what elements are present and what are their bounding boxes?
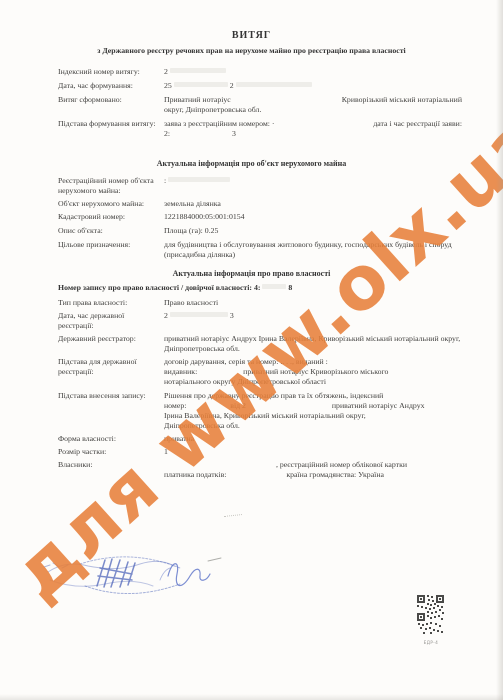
meta-row-issuer: Витяг сформовано: Приватний нотаріус Кри… bbox=[0, 95, 503, 115]
reg-date-value: 2 bbox=[164, 311, 168, 320]
signature bbox=[160, 564, 210, 586]
meta-row-basis: Підстава формування витягу: заява з реєс… bbox=[0, 119, 503, 139]
redaction bbox=[168, 177, 230, 182]
scan-edge-right bbox=[496, 0, 503, 700]
row-registrar: Державний реєстратор: приватний нотаріус… bbox=[0, 334, 503, 354]
row-cadastral: Кадастровий номер: 1221884000:05:001:015… bbox=[0, 212, 503, 222]
index-value: 2 bbox=[164, 67, 168, 76]
redaction bbox=[170, 312, 228, 317]
field-label: Індексний номер витягу: bbox=[58, 67, 164, 77]
record-label: Номер запису про право власності / довір… bbox=[58, 283, 252, 292]
field-label: Опис об'єкта: bbox=[58, 226, 164, 236]
row-reg-number: Реєстраційний номер об'єкта нерухомого м… bbox=[0, 176, 503, 196]
scan-edge-bottom bbox=[0, 694, 503, 700]
share-size-value: 1 bbox=[164, 447, 462, 457]
redaction bbox=[262, 284, 286, 289]
field-value: 2 bbox=[164, 67, 462, 77]
redaction bbox=[174, 82, 228, 87]
application-number-label: заява з реєстраційним номером: · bbox=[164, 119, 275, 129]
formed-date: 25 bbox=[164, 81, 172, 90]
reg-number-value: : bbox=[164, 176, 166, 185]
basis-line2: приватний нотаріус Криворізького міськог… bbox=[243, 367, 388, 376]
field-label: Дата, час державної реєстрації: bbox=[58, 311, 164, 331]
field-label: Підстава внесення запису: bbox=[58, 391, 164, 431]
field-label: Реєстраційний номер об'єкта нерухомого м… bbox=[58, 176, 164, 196]
meta-row-index: Індексний номер витягу: 2 bbox=[0, 67, 503, 77]
entry-line3: Ірина Валеріївна, Криворізький міський н… bbox=[164, 411, 462, 421]
field-value: заява з реєстраційним номером: · дата і … bbox=[164, 119, 462, 139]
row-share-size: Розмір частки: 1 bbox=[0, 447, 503, 457]
notary-stamp bbox=[40, 550, 230, 605]
row-reg-basis: Підстава для державної реєстрації: догов… bbox=[0, 357, 503, 387]
registrar-value: приватний нотаріус Андрух Ірина Валеріїв… bbox=[164, 334, 462, 354]
field-label: Тип права власності: bbox=[58, 298, 164, 308]
row-reg-date: Дата, час державної реєстрації: 2 3 bbox=[0, 311, 503, 331]
issuer-region: округ, Дніпропетровська обл. bbox=[164, 105, 462, 115]
area-value: Площа (га): 0.25 bbox=[164, 226, 462, 236]
row-right-type: Тип права власності: Право власності bbox=[0, 298, 503, 308]
field-value: Приватний нотаріус Криворізький міський … bbox=[164, 95, 462, 115]
field-label: Форма власності: bbox=[58, 434, 164, 444]
field-label: Державний реєстратор: bbox=[58, 334, 164, 354]
entry-number-label: номер: bbox=[164, 401, 186, 410]
record-value-1: 4: bbox=[254, 283, 261, 292]
application-number-2: 3 bbox=[232, 129, 236, 138]
row-object-type: Об'єкт нерухомого майна: земельна ділянк… bbox=[0, 199, 503, 209]
redaction bbox=[236, 82, 312, 87]
issuer-district: Криворізький міський нотаріальний bbox=[342, 95, 462, 105]
owners-line1: , реєстраційний номер облікової картки bbox=[164, 460, 462, 470]
field-value: договір дарування, серія та номер: .. . … bbox=[164, 357, 462, 387]
reg-time-value: 3 bbox=[230, 311, 234, 320]
row-owners: Власники: , реєстраційний номер обліково… bbox=[0, 460, 503, 480]
qr-code bbox=[417, 595, 444, 635]
entry-line1: Рішення про державну реєстрацію прав та … bbox=[164, 391, 462, 401]
entry-notary: приватний нотаріус Андрух bbox=[332, 401, 425, 410]
page-title: ВИТЯГ bbox=[0, 30, 503, 41]
field-label: Кадастровий номер: bbox=[58, 212, 164, 222]
row-ownership-form: Форма власності: приватна bbox=[0, 434, 503, 444]
citizenship-value: країна громадянства: Україна bbox=[286, 470, 384, 479]
object-type-value: земельна ділянка bbox=[164, 199, 462, 209]
basis-line3: нотаріального округу Дніпропетровської о… bbox=[164, 377, 462, 387]
qr-label: ЕДР-4 bbox=[413, 640, 449, 645]
field-value: : bbox=[164, 176, 462, 196]
basis-line1: договір дарування, серія та номер: .. . … bbox=[164, 357, 462, 367]
field-label: Розмір частки: bbox=[58, 447, 164, 457]
application-date-label: дата і час реєстрації заяви: bbox=[373, 119, 462, 129]
meta-row-formed: Дата, час формування: 25 2 bbox=[0, 81, 503, 91]
field-label: Об'єкт нерухомого майна: bbox=[58, 199, 164, 209]
field-value: Рішення про державну реєстрацію прав та … bbox=[164, 391, 462, 431]
redaction bbox=[170, 68, 226, 73]
right-type-value: Право власності bbox=[164, 298, 462, 308]
application-number: 2: bbox=[164, 129, 170, 138]
row-description: Опис об'єкта: Площа (га): 0.25 bbox=[0, 226, 503, 236]
section-heading-object: Актуальна інформація про об'єкт нерухомо… bbox=[0, 159, 503, 168]
row-purpose: Цільове призначення: для будівництва і о… bbox=[0, 240, 503, 260]
field-label: Витяг сформовано: bbox=[58, 95, 164, 115]
purpose-value: для будівництва і обслуговування житлово… bbox=[164, 240, 462, 260]
taxpayer-label: платника податків: bbox=[164, 470, 226, 479]
field-value: , реєстраційний номер облікової картки п… bbox=[164, 460, 462, 480]
meta-block: Індексний номер витягу: 2 Дата, час форм… bbox=[0, 67, 503, 139]
field-label: Власники: bbox=[58, 460, 164, 480]
formed-time: 2 bbox=[230, 81, 234, 90]
field-label: Цільове призначення: bbox=[58, 240, 164, 260]
cadastral-number-value: 1221884000:05:001:0154 bbox=[164, 212, 462, 222]
ownership-form-value: приватна bbox=[164, 434, 462, 444]
field-label: Дата, час формування: bbox=[58, 81, 164, 91]
entry-date: від 2 bbox=[230, 401, 246, 410]
field-label: Підстава формування витягу: bbox=[58, 119, 164, 139]
field-value: 25 2 bbox=[164, 81, 462, 91]
row-entry-basis: Підстава внесення запису: Рішення про де… bbox=[0, 391, 503, 431]
entry-line4: Дніпропетровська обл. bbox=[164, 421, 462, 431]
record-number-line: Номер запису про право власності / довір… bbox=[0, 283, 503, 293]
field-label: Підстава для державної реєстрації: bbox=[58, 357, 164, 387]
page-subtitle: з Державного реєстру речових прав на нер… bbox=[0, 46, 503, 55]
basis-issuer-label: видавник: bbox=[164, 367, 197, 376]
section-heading-ownership: Актуальна інформація про право власності bbox=[0, 269, 503, 278]
issuer-type: Приватний нотаріус bbox=[164, 95, 231, 105]
field-value: 2 3 bbox=[164, 311, 462, 331]
record-value-2: 8 bbox=[288, 283, 292, 292]
